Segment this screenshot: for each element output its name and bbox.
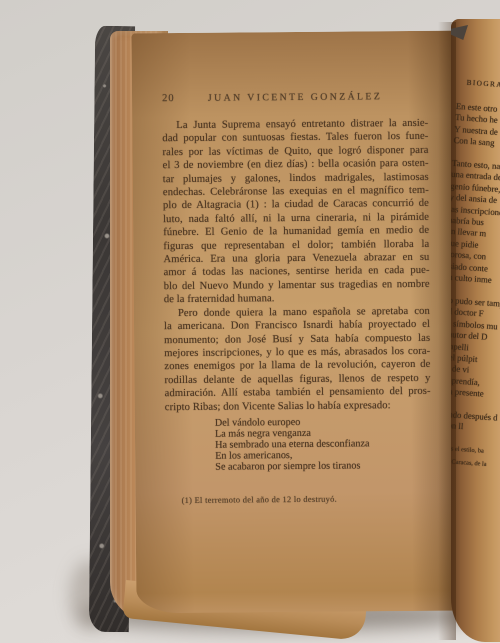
text-line: Se acabaron por siempre los tiranos (215, 460, 431, 473)
text-line: blo del Nuevo Mundo y lamentar sus trage… (164, 278, 430, 294)
right-footnote-line: Después el estilo, ba (451, 444, 500, 459)
page-header: 20 JUAN VICENTE GONZÁLEZ (162, 91, 428, 106)
poem-quotation: Del vándolo europeoLa más negra venganza… (215, 417, 431, 473)
right-page-line-fragments: En este otroTu hecho heY nuestra deCon l… (451, 101, 500, 437)
right-page-text-block: BIOGRA En este otroTu hecho heY nuestra … (451, 77, 500, 477)
text-line: cripto Ribas; don Vicente Salias lo habí… (165, 398, 431, 414)
photo-of-open-book: 20 JUAN VICENTE GONZÁLEZ La Junta Suprem… (0, 0, 500, 643)
paragraph-1: La Junta Suprema ensayó entretanto distr… (162, 117, 430, 307)
right-page-sliver: BIOGRA En este otroTu hecho heY nuestra … (451, 19, 500, 642)
right-footnote-line: ¡Oh Caracas, de la (451, 458, 500, 472)
left-page: 20 JUAN VICENTE GONZÁLEZ La Junta Suprem… (131, 31, 458, 614)
text-line: admiración. Allí estaba también el pensa… (165, 385, 431, 401)
footnote: (1) El terremoto del año de 12 lo destru… (182, 494, 432, 505)
left-page-text-block: 20 JUAN VICENTE GONZÁLEZ La Junta Suprem… (162, 91, 432, 506)
right-running-header: BIOGRA (466, 78, 500, 93)
running-header: JUAN VICENTE GONZÁLEZ (162, 91, 428, 104)
right-page-footnotes: Después el estilo, ba ¡Oh Caracas, de la (451, 444, 500, 472)
paragraph-2: Pero donde quiera la mano española se ap… (164, 305, 431, 415)
